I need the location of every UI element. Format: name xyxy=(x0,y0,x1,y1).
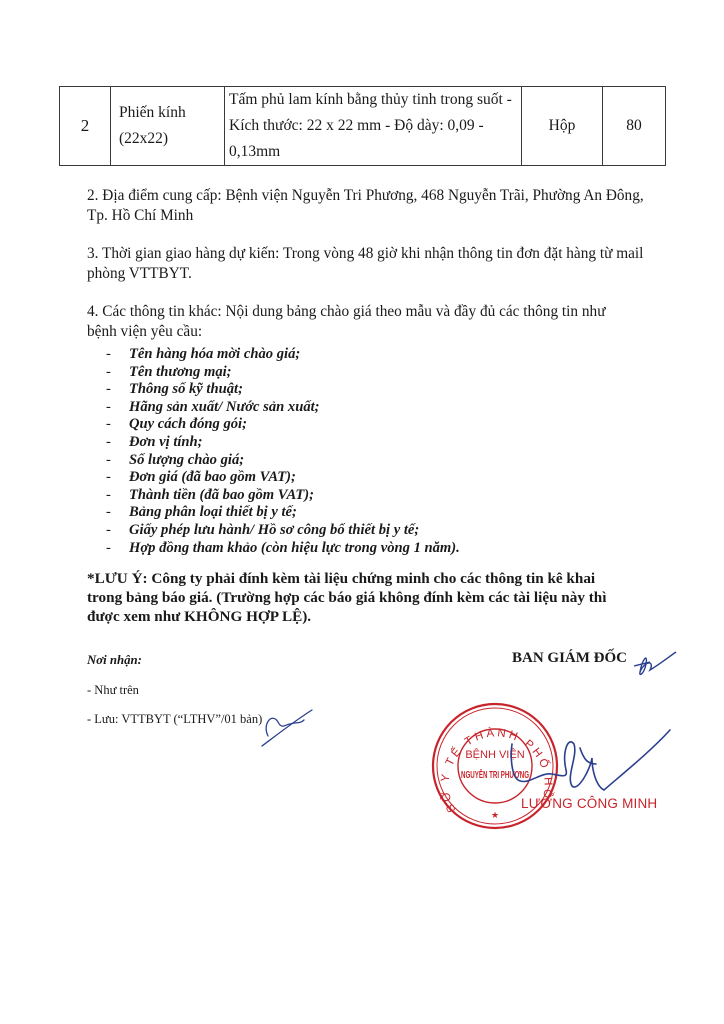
other-line: 4. Các thông tin khác: Nội dung bảng chà… xyxy=(87,302,657,322)
recipients-title: Nơi nhận: xyxy=(87,653,142,668)
initial-signature-icon xyxy=(634,652,676,674)
cell-unit: Hộp xyxy=(522,87,603,166)
list-item: -Hãng sản xuất/ Nước sản xuất; xyxy=(102,399,460,417)
note-line: được xem như KHÔNG HỢP LỆ). xyxy=(87,607,647,626)
list-item: -Thông số kỹ thuật; xyxy=(102,381,460,399)
signer-name: LƯƠNG CÔNG MINH xyxy=(521,796,657,811)
name-line: Phiến kính xyxy=(119,100,224,126)
list-item: -Giấy phép lưu hành/ Hồ sơ công bố thiết… xyxy=(102,522,460,540)
section-other-info: 4. Các thông tin khác: Nội dung bảng chà… xyxy=(87,302,657,342)
cell-quantity: 80 xyxy=(603,87,666,166)
note-line: trong bảng báo giá. (Trường hợp các báo … xyxy=(87,588,647,607)
recipient-item: - Như trên xyxy=(87,683,139,698)
list-item: -Đơn giá (đã bao gồm VAT); xyxy=(102,469,460,487)
cell-description: Tấm phủ lam kính bằng thủy tinh trong su… xyxy=(225,87,522,166)
table-row: 2 Phiến kính (22x22) Tấm phủ lam kính bằ… xyxy=(60,87,666,166)
list-item: -Quy cách đóng gói; xyxy=(102,416,460,434)
list-item: -Hợp đồng tham khảo (còn hiệu lực trong … xyxy=(102,540,460,558)
location-line: 2. Địa điểm cung cấp: Bệnh viện Nguyễn T… xyxy=(87,186,657,206)
director-signature-icon xyxy=(511,730,670,790)
list-item: -Đơn vị tính; xyxy=(102,434,460,452)
section-location: 2. Địa điểm cung cấp: Bệnh viện Nguyễn T… xyxy=(87,186,657,226)
desc-line: 0,13mm xyxy=(229,139,521,165)
section-delivery: 3. Thời gian giao hàng dự kiến: Trong vò… xyxy=(87,244,657,284)
clerk-signature-icon xyxy=(262,710,312,746)
list-item: -Tên hàng hóa mời chào giá; xyxy=(102,346,460,364)
desc-line: Kích thước: 22 x 22 mm - Độ dày: 0,09 - xyxy=(229,113,521,139)
items-table: 2 Phiến kính (22x22) Tấm phủ lam kính bằ… xyxy=(59,86,666,166)
desc-line: Tấm phủ lam kính bằng thủy tinh trong su… xyxy=(229,87,521,113)
requirements-list: -Tên hàng hóa mời chào giá; -Tên thương … xyxy=(102,346,460,557)
list-item: -Số lượng chào giá; xyxy=(102,452,460,470)
list-item: -Bảng phân loại thiết bị y tế; xyxy=(102,504,460,522)
important-note: *LƯU Ý: Công ty phải đính kèm tài liệu c… xyxy=(87,569,647,626)
star-icon: ★ xyxy=(491,811,499,821)
delivery-line: phòng VTTBYT. xyxy=(87,264,657,284)
stamp-center-line2: NGUYỄN TRI PHƯƠNG xyxy=(461,768,529,781)
recipient-item: - Lưu: VTTBYT (“LTHV”/01 bản) xyxy=(87,712,262,727)
director-title: BAN GIÁM ĐỐC xyxy=(512,650,627,667)
other-line: bệnh viện yêu cầu: xyxy=(87,322,657,342)
note-line: *LƯU Ý: Công ty phải đính kèm tài liệu c… xyxy=(87,569,647,588)
stamp-center-line1: BỆNH VIỆN xyxy=(465,748,524,761)
cell-name: Phiến kính (22x22) xyxy=(111,87,225,166)
delivery-line: 3. Thời gian giao hàng dự kiến: Trong vò… xyxy=(87,244,657,264)
list-item: -Tên thương mại; xyxy=(102,364,460,382)
name-line: (22x22) xyxy=(119,126,224,152)
location-line: Tp. Hồ Chí Minh xyxy=(87,206,657,226)
cell-no: 2 xyxy=(60,87,111,166)
list-item: -Thành tiền (đã bao gồm VAT); xyxy=(102,487,460,505)
